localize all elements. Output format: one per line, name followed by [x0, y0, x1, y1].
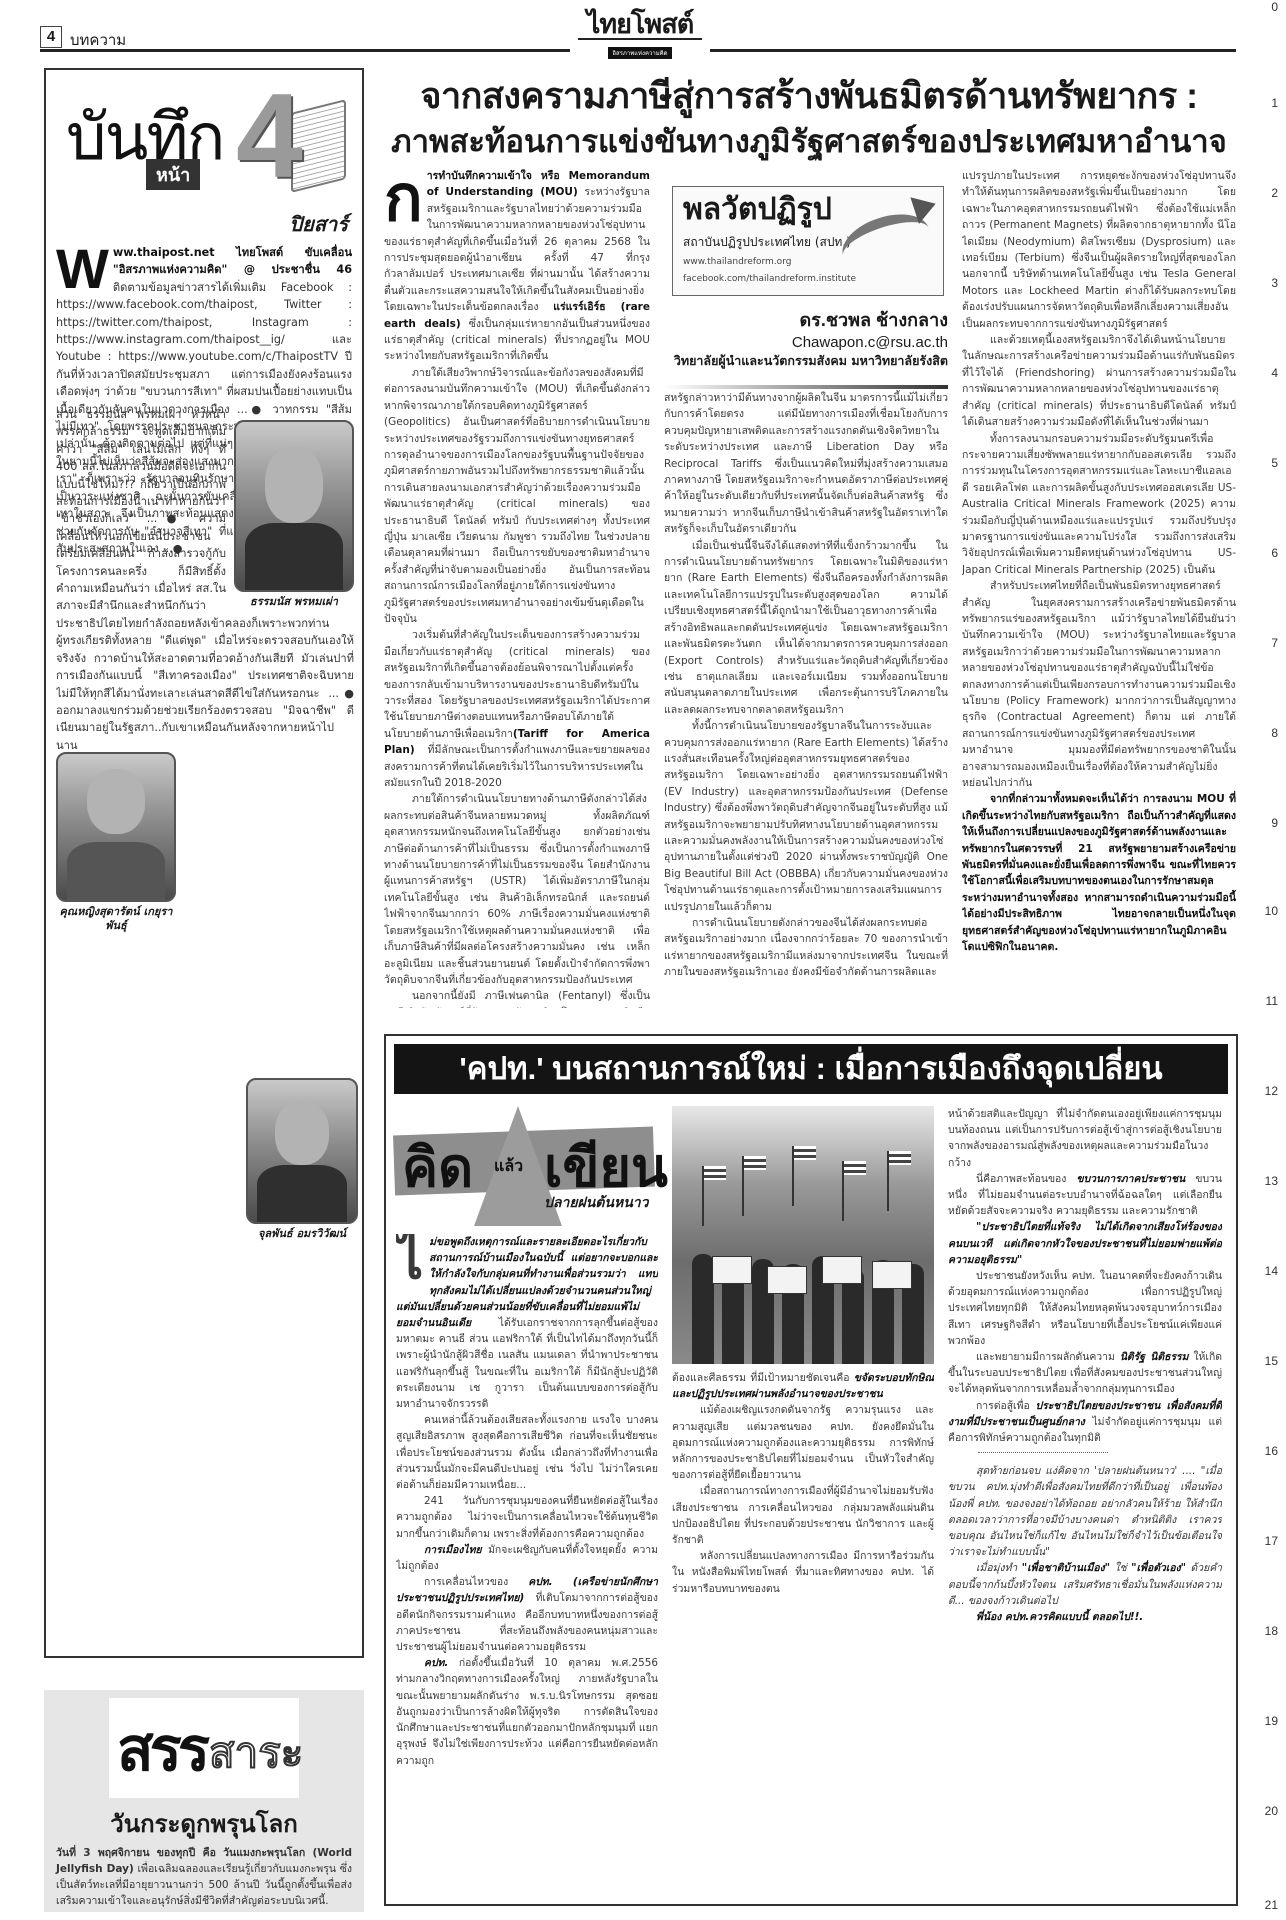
page-number: 4 — [40, 26, 62, 48]
author-block: ดร.ชวพล ช้างกลาง Chawapon.c@rsu.ac.th วิ… — [664, 305, 948, 371]
paragraph: หลังการเปลี่ยนแปลงทางการเมือง มีการหารือ… — [672, 1548, 934, 1597]
pull-quote: "ประชาธิปไตยที่แท้จริง ไม่ได้เกิดจากเสีย… — [948, 1219, 1222, 1268]
divider — [664, 385, 948, 389]
ruler-mark: 9 — [1271, 816, 1278, 830]
ruler-mark: 2 — [1271, 186, 1278, 200]
masthead-slogan: อิสรภาพแห่งความคิด — [608, 47, 671, 59]
paragraph: วงเริ่มต้นที่สำคัญในประเด็นของการสร้างคว… — [384, 627, 650, 791]
ruler-mark: 1 — [1271, 96, 1278, 110]
photo-block: คุณหญิงสุดารัตน์ เกยุราพันธุ์ — [56, 752, 176, 933]
author-email[interactable]: Chawapon.c@rsu.ac.th — [664, 334, 948, 351]
sara-title: วันกระดูกพรุนโลก — [56, 1804, 352, 1843]
ruler-mark: 14 — [1265, 1264, 1278, 1278]
closing-paragraph: เมื่อมุ่งทำ "เพื่อชาติบ้านเมือง" ใช่ "เพ… — [948, 1560, 1222, 1609]
author-name: ดร.ชวพล ช้างกลาง — [664, 305, 948, 334]
headline-line1: จากสงครามภาษีสู่การสร้างพันธมิตรด้านทรัพ… — [384, 72, 1234, 120]
paragraph-text: ก่อตั้งขึ้นเมื่อวันที่ 10 ตุลาคม พ.ศ.255… — [396, 1657, 658, 1766]
ruler-mark: 0 — [1271, 0, 1278, 14]
paragraph: ภายใต้เสียงวิพากษ์วิจารณ์และข้อกังวลของส… — [384, 365, 650, 628]
second-article-title: 'คปท.' บนสถานการณ์ใหม่ : เมื่อการเมืองถึ… — [394, 1044, 1228, 1094]
paragraph-bold: "เพื่อตัวเอง" — [1131, 1562, 1186, 1574]
paragraph-bold: "เพื่อชาติบ้านเมือง" — [1022, 1562, 1110, 1574]
paragraph-text: การต่อสู้เพื่อ — [976, 1400, 1036, 1412]
masthead-logo: ไทยโพสต์ — [578, 10, 702, 40]
dropcap: ไ — [396, 1234, 423, 1286]
paragraph-text: ที่มีลักษณะเป็นการตั้งกำแพงภาษีและขยายผล… — [384, 744, 650, 789]
logo-text: สาระ — [209, 1720, 303, 1786]
paragraph: การต่อสู้เพื่อ ประชาธิปไตยของประชาชน เพื… — [948, 1398, 1222, 1447]
paragraph-text: การเคลื่อนไหวของ — [424, 1576, 528, 1588]
paragraph: เมื่อสถานการณ์ทางการเมืองที่ผู้มีอำนาจไม… — [672, 1483, 934, 1548]
paragraph: สำหรับประเทศไทยที่ถือเป็นพันธมิตรทางยุทธ… — [962, 578, 1236, 791]
paragraph: 241 วันกับการชุมนุมของคนที่ยืนหยัดต่อสู้… — [396, 1493, 658, 1542]
paragraph-bold: คปท. — [424, 1657, 448, 1669]
lead-text: ระหว่างรัฐบาลสหรัฐอเมริกาและรัฐบาลไทยว่า… — [384, 186, 650, 313]
ruler-mark: 6 — [1271, 546, 1278, 560]
dotted-separator — [978, 1452, 1108, 1453]
main-article-column-2: สหรัฐกล่าวหาว่ามีต้นทางจากผู้ผลิตในจีน ม… — [664, 390, 948, 1010]
logo-text: คิด — [402, 1124, 473, 1210]
paragraph: ประชาชนยังหวังเห็น คปท. ในอนาคตที่จะยังค… — [948, 1268, 1222, 1349]
photo-block: ธรรมนัส พรหมเผ่า — [234, 420, 354, 609]
dropcap: ก — [384, 170, 423, 226]
protest-photo — [672, 1106, 934, 1364]
ruler-mark: 12 — [1265, 1084, 1278, 1098]
dropcap: W — [56, 246, 109, 292]
sara-logo: สรร สาระ — [109, 1698, 299, 1798]
ruler-mark: 18 — [1265, 1624, 1278, 1638]
ruler-mark: 21 — [1265, 1898, 1278, 1912]
paragraph: นอกจากนี้ยังมี ภาษีเฟนตานิล (Fentanyl) ซ… — [384, 988, 650, 1008]
ruler-mark: 11 — [1266, 994, 1278, 1008]
photo-caption: ธรรมนัส พรหมเผ่า — [234, 595, 354, 609]
paragraph: ทั้งนี้การดำเนินนโยบายของรัฐบาลจีนในการร… — [664, 718, 948, 915]
paragraph-text: วงเริ่มต้นที่สำคัญในประเด็นของการสร้างคว… — [384, 629, 650, 739]
paragraph: แปรรูปภายในประเทศ การหยุดชะงักของห่วงโซ่… — [962, 170, 1236, 330]
closing-line: พี่น้อง คปท.ควรคิดแบบนี้ ตลอดไป!!. — [948, 1609, 1222, 1625]
paragraph-text: นี่คือภาพสะท้อนของ — [976, 1173, 1076, 1185]
photo-caption: จุลพันธ์ อมรวิวัฒน์ — [246, 1227, 358, 1241]
paragraph: และด้วยเหตุนี้เองสหรัฐอเมริกาจึงได้เดินห… — [962, 332, 1236, 430]
logo-subtitle: ปลายฝนต้นหนาว — [544, 1192, 649, 1214]
paragraph: การเมืองไทย มักจะเผชิญกับคนที่ตั้งใจหยุด… — [396, 1542, 658, 1574]
ruler-mark: 17 — [1265, 1534, 1278, 1548]
main-article-column-1: ก ารทำบันทึกความเข้าใจ หรือ Memorandum o… — [384, 168, 650, 1008]
column-logo: 4 บันทึก หน้า — [56, 76, 352, 206]
facebook-link[interactable]: facebook.com/thailandreform.institute — [683, 273, 933, 286]
logo-text: สรร — [117, 1702, 206, 1797]
second-article-column-3: หน้าด้วยสติและปัญญา ที่ไม่จำกัดตนเองอยู่… — [948, 1106, 1222, 1898]
closing-paragraph: สุดท้ายก่อนจบ แง่คิดจาก 'ปลายฝนต้นหนาว' … — [948, 1463, 1222, 1560]
ruler-mark: 19 — [1265, 1714, 1278, 1728]
paragraph: ต้องและศีลธรรม ที่มีเป้าหมายชัดเจนคือ — [672, 1372, 854, 1384]
masthead: ไทยโพสต์ อิสรภาพแห่งความคิด — [570, 10, 710, 59]
logo-tag: หน้า — [146, 159, 200, 190]
logo-text: แล้ว — [494, 1154, 523, 1179]
main-headline: จากสงครามภาษีสู่การสร้างพันธมิตรด้านทรัพ… — [384, 72, 1234, 164]
ruler-mark: 15 — [1265, 1354, 1278, 1368]
second-article-box: 'คปท.' บนสถานการณ์ใหม่ : เมื่อการเมืองถึ… — [384, 1034, 1238, 1906]
paragraph: คนเหล่านี้ล้วนต้องเสียสละทั้งแรงกาย แรงใ… — [396, 1412, 658, 1493]
paragraph: คปท. ก่อตั้งขึ้นเมื่อวันที่ 10 ตุลาคม พ.… — [396, 1655, 658, 1768]
paragraph: ภายใต้การดำเนินนโยบายทางด้านภาษีดังกล่าว… — [384, 791, 650, 988]
second-article-column-2: ต้องและศีลธรรม ที่มีเป้าหมายชัดเจนคือ ขจ… — [672, 1370, 934, 1898]
photo-caption: คุณหญิงสุดารัตน์ เกยุราพันธุ์ — [56, 905, 176, 933]
paragraph-text: ใช่ — [1110, 1562, 1131, 1574]
portrait-photo — [56, 752, 176, 902]
ruler-mark: 7 — [1271, 636, 1278, 650]
headline-line2: ภาพสะท้อนการแข่งขันทางภูมิรัฐศาสตร์ของปร… — [384, 120, 1234, 164]
section-label: บทความ — [70, 28, 126, 52]
paragraph: ทั้งการลงนามกรอบความร่วมมือระดับรัฐมนตรี… — [962, 431, 1236, 579]
page-header: 4 บทความ ไทยโพสต์ อิสรภาพแห่งความคิด — [40, 26, 1236, 52]
ruler-mark: 10 — [1265, 904, 1278, 918]
sara-text: วันที่ 3 พฤศจิกายน ของทุกปี คือ วันแมงกะ… — [56, 1845, 352, 1909]
paragraph-bold: ขบวนการภาคประชาชน — [1076, 1173, 1185, 1185]
conclusion: จากที่กล่าวมาทั้งหมดจะเห็นได้ว่า การลงนา… — [962, 791, 1236, 955]
paragraph: และพยายามมีการผลักดันความ นิติรัฐ นิติธร… — [948, 1349, 1222, 1398]
ruler-mark: 5 — [1271, 456, 1278, 470]
main-article-column-3: แปรรูปภายในประเทศ การหยุดชะงักของห่วงโซ่… — [962, 168, 1236, 1028]
page-ruler: 0 1 2 3 4 5 6 7 8 9 10 11 12 13 14 15 16… — [1246, 0, 1286, 1920]
ruler-mark: 3 — [1271, 276, 1278, 290]
ruler-mark: 16 — [1265, 1444, 1278, 1458]
reform-column-logo: พลวัตปฏิรูป สถาบันปฏิรูปประเทศไทย (สปท.)… — [672, 186, 944, 296]
paragraph: เมื่อเป็นเช่นนี้จีนจึงได้แสดงท่าทีที่แข็… — [664, 538, 948, 718]
second-article-column-1: ไ ม่ขอพูดถึงเหตุการณ์และรายละเอียดอะไรเก… — [396, 1234, 658, 1898]
paragraph-bold: นิติรัฐ นิติธรรม — [1120, 1351, 1189, 1363]
paragraph: แม้ต้องเผชิญแรงกดดันจากรัฐ ความรุนแรง แล… — [672, 1402, 934, 1483]
author-affiliation: วิทยาลัยผู้นำและนวัตกรรมสังคม มหาวิทยาลั… — [664, 351, 948, 371]
photo-block: จุลพันธ์ อมรวิวัฒน์ — [246, 1078, 358, 1241]
paragraph-bold: การเมืองไทย — [424, 1544, 482, 1556]
intro-bold: ww.thaipost.net ไทยโพสต์ ขับเคลื่อน "อิส… — [113, 246, 352, 276]
paragraph-text: และพยายามมีการผลักดันความ — [976, 1351, 1120, 1363]
ruler-mark: 13 — [1265, 1174, 1278, 1188]
paragraph: ได้รับเอกราชจากการลุกขึ้นต่อสู้ของมหาตมะ… — [396, 1317, 658, 1410]
logo-number: 4 — [236, 76, 303, 196]
paragraph: หน้าด้วยสติและปัญญา ที่ไม่จำกัดตนเองอยู่… — [948, 1108, 1222, 1169]
paragraph: สหรัฐกล่าวหาว่ามีต้นทางจากผู้ผลิตในจีน ม… — [664, 392, 948, 535]
sara-sara-box: สรร สาระ วันกระดูกพรุนโลก วันที่ 3 พฤศจิ… — [44, 1690, 364, 1912]
column-body-cont: ธรรมนัส พรหมเผ่า ส่วน ธรรมนัส พรหมเผ่า ห… — [56, 406, 354, 1646]
portrait-photo — [246, 1078, 358, 1224]
ruler-mark: 8 — [1271, 726, 1278, 740]
paragraph: การดำเนินนโยบายดังกล่าวของจีนได้ส่งผลกระ… — [664, 915, 948, 981]
paragraph-text: เมื่อมุ่งทำ — [976, 1562, 1022, 1574]
ruler-mark: 20 — [1265, 1804, 1278, 1818]
portrait-photo — [234, 420, 354, 592]
intro-text: ม่ขอพูดถึงเหตุการณ์และรายละเอียดอะไรเกี่… — [396, 1236, 658, 1329]
paragraph: นี่คือภาพสะท้อนของ ขบวนการภาคประชาชน ขบว… — [948, 1171, 1222, 1220]
kid-laew-khian-logo: คิด แล้ว เขียน ปลายฝนต้นหนาว — [394, 1106, 664, 1226]
column-byline: ปิยสาร์ — [60, 208, 348, 240]
paragraph: การเคลื่อนไหวของ คปท. (เครือข่ายนักศึกษา… — [396, 1574, 658, 1655]
ruler-mark: 4 — [1271, 366, 1278, 380]
